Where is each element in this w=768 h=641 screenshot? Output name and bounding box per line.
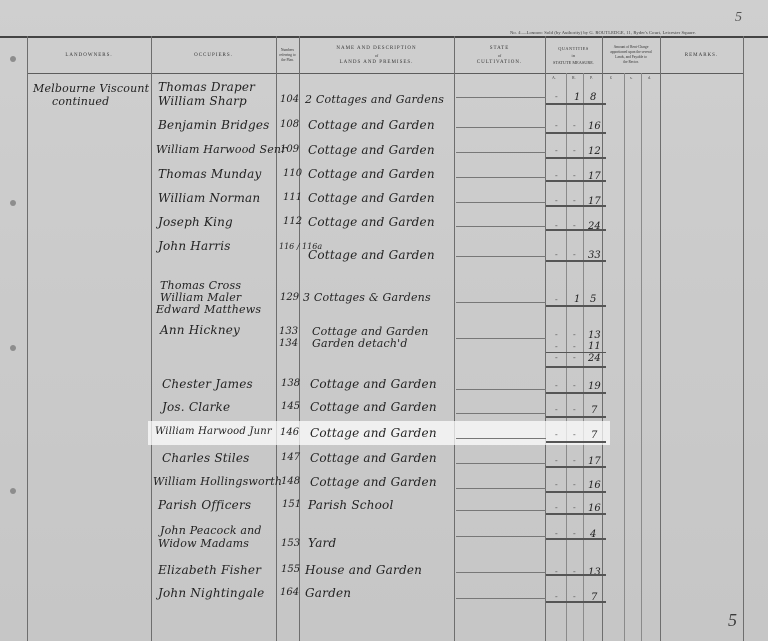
plan-number: 155: [281, 564, 300, 575]
plan-number: 112: [283, 216, 302, 227]
quantity-perches: 11: [588, 341, 601, 352]
land-description: Cottage and Garden: [310, 475, 437, 489]
plan-number: 147: [281, 452, 300, 463]
unit-roods: R.: [572, 75, 576, 80]
plan-number: 153: [281, 538, 300, 549]
land-description: Cottage and Garden: [310, 426, 437, 440]
quantity-perches: 7: [591, 430, 597, 441]
column-rule: [660, 36, 661, 641]
occupier-name: Benjamin Bridges: [158, 118, 270, 132]
header-bottom-rule: [27, 73, 743, 74]
occupier-name: John Nightingale: [158, 586, 264, 600]
occupier-name: Joseph King: [158, 215, 233, 229]
unit-acres: A.: [552, 75, 556, 80]
page-number-top: 5: [735, 10, 742, 26]
quantity-perches: 19: [588, 381, 601, 392]
occupier-name: Thomas Draper: [158, 80, 255, 94]
binding-hole-icon: [10, 488, 16, 494]
land-description: Garden: [305, 586, 351, 600]
column-rule: [641, 73, 642, 641]
plan-number: 104: [280, 94, 299, 105]
plan-number: 148: [281, 476, 300, 487]
quantity-total: 24: [588, 353, 601, 364]
unit-pence: d.: [648, 75, 651, 80]
unit-shillings: s.: [630, 75, 633, 80]
state-rule: [456, 97, 546, 98]
occupier-name: Charles Stiles: [162, 451, 250, 465]
occupier-name: William Harwood Junr: [155, 426, 272, 437]
occupier-name: Jos. Clarke: [162, 400, 230, 414]
landowner-name: Melbourne Viscount: [33, 82, 149, 95]
column-rule: [27, 36, 28, 641]
unit-pounds: £: [610, 75, 612, 80]
column-rule: [624, 73, 625, 641]
header-state-cultivation: STATEofCULTIVATION.: [454, 37, 545, 73]
header-landowners: LANDOWNERS.: [27, 37, 151, 73]
land-description: Cottage and Garden: [310, 451, 437, 465]
land-description: Cottage and Garden: [308, 191, 435, 205]
quantity-perches: 13: [588, 330, 601, 341]
plan-number: 108: [280, 119, 299, 130]
plan-number: 111: [283, 192, 302, 203]
land-description: Cottage and Garden: [310, 377, 437, 391]
land-description: Cottage and Garden: [308, 167, 435, 181]
tithe-apportionment-page: 5 No. 4.—Lᴏɴᴅᴏɴ: Sold (by Authority) by …: [0, 0, 768, 641]
column-rule: [276, 36, 277, 641]
occupier-name: Chester James: [162, 377, 253, 391]
quantity-roods: 1: [574, 294, 580, 305]
land-description: Cottage and Garden: [310, 400, 437, 414]
occupier-name: William Harwood Senr: [156, 143, 287, 156]
land-description: Cottage and Garden: [308, 248, 435, 262]
quantity-perches: 16: [588, 121, 601, 132]
quantity-perches: 16: [588, 480, 601, 491]
header-plan-numbers: Numbers referring to the Plan.: [276, 37, 299, 73]
unit-perches: P.: [590, 75, 593, 80]
quantity-perches: 12: [588, 146, 601, 157]
binding-hole-icon: [10, 345, 16, 351]
land-description: Garden detach'd: [312, 337, 408, 350]
header-rent-charge: Amount of Rent-Chargeapportioned upon th…: [602, 37, 660, 73]
plan-number: 145: [281, 401, 300, 412]
occupier-name: Ann Hickney: [160, 323, 240, 337]
land-description: Cottage and Garden: [308, 215, 435, 229]
header-remarks: REMARKS.: [660, 37, 743, 73]
land-description: 3 Cottages & Gardens: [303, 291, 431, 304]
plan-number: 164: [280, 587, 299, 598]
binding-hole-icon: [10, 56, 16, 62]
plan-number: 151: [282, 499, 301, 510]
occupier-name: William Sharp: [158, 94, 247, 108]
land-description: 2 Cottages and Gardens: [305, 93, 444, 106]
column-rule: [454, 36, 455, 641]
plan-number: 146: [280, 427, 299, 438]
quantity-perches: 7: [591, 405, 597, 416]
occupier-name: Parish Officers: [158, 498, 251, 512]
page-number-bottom: 5: [728, 610, 737, 631]
quantity-perches: 5: [590, 294, 596, 305]
occupier-name: Widow Madams: [158, 537, 249, 550]
plan-number: 134: [279, 338, 298, 349]
occupier-name: John Peacock and: [160, 524, 262, 537]
land-description: Cottage and Garden: [308, 143, 435, 157]
column-rule: [299, 36, 300, 641]
land-description: Cottage and Garden: [308, 118, 435, 132]
plan-number: 110: [283, 168, 302, 179]
land-description: Parish School: [308, 498, 394, 512]
occupier-name: Edward Matthews: [156, 303, 261, 316]
column-rule: [602, 36, 603, 641]
plan-number: 133: [279, 326, 298, 337]
plan-number: 109: [280, 144, 299, 155]
header-occupiers: OCCUPIERS.: [151, 37, 276, 73]
occupier-name: William Hollingsworth: [153, 475, 282, 488]
quantity-perches: 8: [590, 92, 596, 103]
plan-number: 129: [280, 292, 299, 303]
quantity-roods: 1: [574, 92, 580, 103]
column-rule: [743, 36, 744, 641]
binding-hole-icon: [10, 200, 16, 206]
landowner-continued: continued: [52, 95, 109, 108]
occupier-name: Thomas Munday: [158, 167, 261, 181]
occupier-name: John Harris: [158, 239, 231, 253]
column-rule: [151, 36, 152, 641]
printer-imprint: No. 4.—Lᴏɴᴅᴏɴ: Sold (by Authority) by G.…: [510, 30, 766, 35]
header-name-description: NAME AND DESCRIPTIONofLANDS AND PREMISES…: [299, 37, 454, 73]
occupier-name: Elizabeth Fisher: [158, 563, 261, 577]
plan-number: 138: [281, 378, 300, 389]
land-description: Yard: [308, 536, 336, 550]
occupier-name: William Norman: [158, 191, 260, 205]
land-description: House and Garden: [305, 563, 422, 577]
quantity-perches: 13: [588, 567, 601, 578]
header-quantities: QUANTITIESinSTATUTE MEASURE.: [545, 37, 602, 73]
